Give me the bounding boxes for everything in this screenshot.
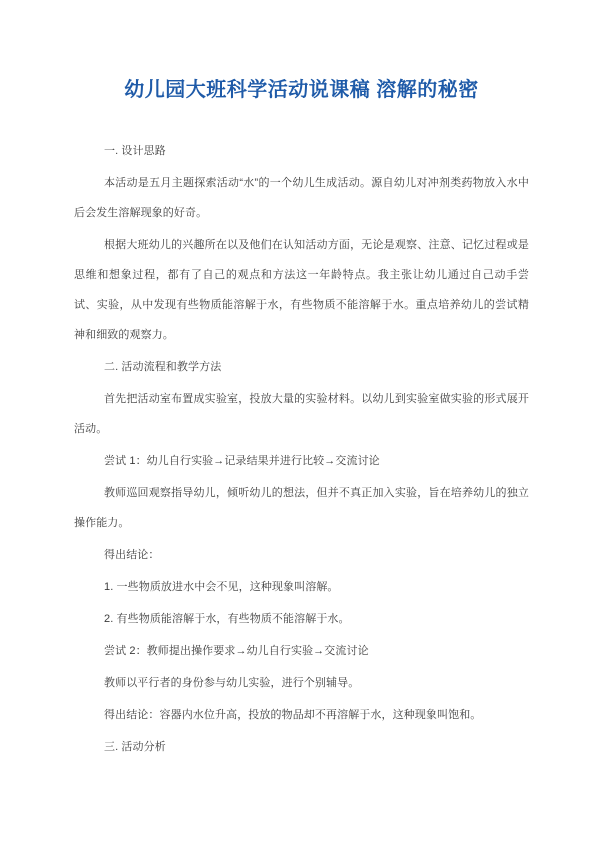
paragraph: 教师巡回观察指导幼儿，倾听幼儿的想法，但并不真正加入实验，旨在培养幼儿的独立操作…	[74, 478, 529, 538]
paragraph-attempt-1: 尝试 1：幼儿自行实验→记录结果并进行比较→交流讨论	[74, 446, 529, 476]
section-heading-2: 二. 活动流程和教学方法	[74, 352, 529, 382]
document-title: 幼儿园大班科学活动说课稿 溶解的秘密	[74, 78, 529, 102]
paragraph: 教师以平行者的身份参与幼儿实验，进行个别辅导。	[74, 668, 529, 698]
paragraph: 首先把活动室布置成实验室，投放大量的实验材料。以幼儿到实验室做实验的形式展开活动…	[74, 384, 529, 444]
section-activity-process: 二. 活动流程和教学方法 首先把活动室布置成实验室，投放大量的实验材料。以幼儿到…	[74, 352, 529, 730]
paragraph-conclusion-item-2: 2. 有些物质能溶解于水，有些物质不能溶解于水。	[74, 604, 529, 634]
section-heading-3: 三. 活动分析	[74, 732, 529, 762]
paragraph-conclusion-label: 得出结论：	[74, 540, 529, 570]
paragraph: 根据大班幼儿的兴趣所在以及他们在认知活动方面，无论是观察、注意、记忆过程或是思维…	[74, 230, 529, 350]
section-activity-analysis: 三. 活动分析	[74, 732, 529, 762]
section-heading-1: 一. 设计思路	[74, 136, 529, 166]
section-design-ideas: 一. 设计思路 本活动是五月主题探索活动“水”的一个幼儿生成活动。源自幼儿对冲剂…	[74, 136, 529, 350]
paragraph-conclusion-item-1: 1. 一些物质放进水中会不见，这种现象叫溶解。	[74, 572, 529, 602]
paragraph-attempt-2: 尝试 2：教师提出操作要求→幼儿自行实验→交流讨论	[74, 636, 529, 666]
paragraph-conclusion-2: 得出结论：容器内水位升高，投放的物品却不再溶解于水，这种现象叫饱和。	[74, 700, 529, 730]
paragraph: 本活动是五月主题探索活动“水”的一个幼儿生成活动。源自幼儿对冲剂类药物放入水中后…	[74, 168, 529, 228]
document-page: 幼儿园大班科学活动说课稿 溶解的秘密 一. 设计思路 本活动是五月主题探索活动“…	[0, 0, 600, 848]
